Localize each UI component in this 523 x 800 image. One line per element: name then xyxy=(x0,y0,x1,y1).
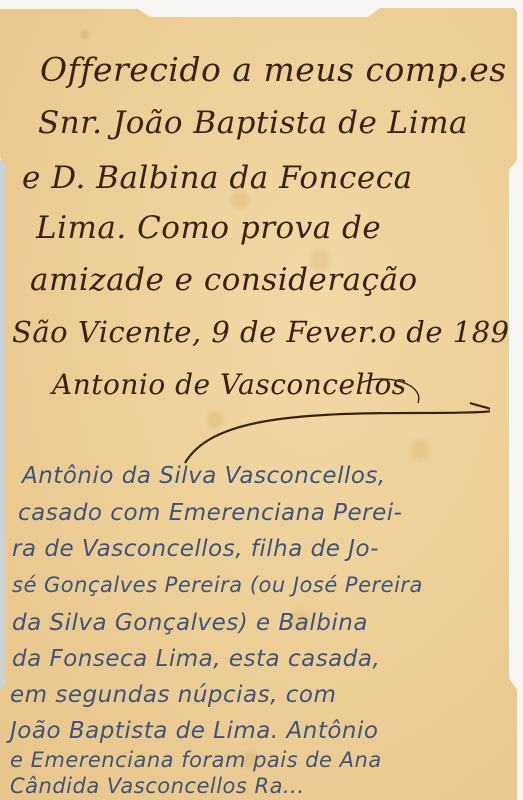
annotation-line: sé Gonçalves Pereira (ou José Pereira xyxy=(12,573,423,597)
annotation-line: João Baptista de Lima. Antônio xyxy=(10,718,378,744)
annotation-line: em segundas núpcias, com xyxy=(10,682,336,708)
annotation-line: Cândida Vasconcellos Ra... xyxy=(10,774,305,798)
annotation-line: da Fonseca Lima, esta casada, xyxy=(12,646,380,672)
dedication-line: e D. Balbina da Fonceca xyxy=(22,160,413,196)
annotation-line: e Emerenciana foram pais de Ana xyxy=(10,748,382,772)
annotation-line: casado com Emerenciana Perei- xyxy=(18,500,402,526)
paper-card: Offerecido a meus comp.es Snr. João Bapt… xyxy=(0,0,523,800)
dedication-line: Lima. Como prova de xyxy=(36,210,381,246)
dedication-date: São Vicente, 9 de Fever.o de 1899 xyxy=(12,315,523,349)
annotation-line: da Silva Gonçalves) e Balbina xyxy=(12,610,368,636)
signature-flourish xyxy=(170,375,490,465)
dedication-line: Offerecido a meus comp.es xyxy=(40,50,507,89)
annotation-line: ra de Vasconcellos, filha de Jo- xyxy=(12,536,379,562)
annotation-line: Antônio da Silva Vasconcellos, xyxy=(22,463,386,489)
dedication-line: Snr. João Baptista de Lima xyxy=(38,105,468,141)
dedication-line: amizade e consideração xyxy=(30,262,418,298)
